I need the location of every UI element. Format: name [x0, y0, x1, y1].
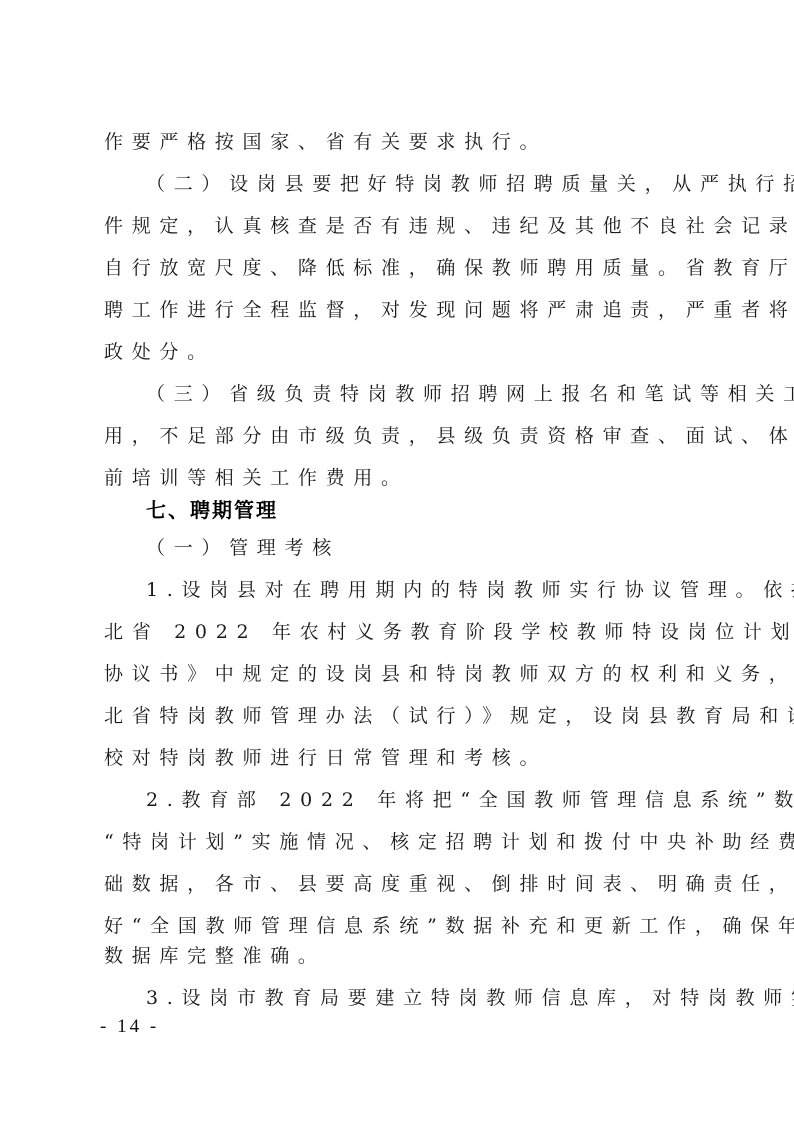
subsection-heading: （一）管理考核 [146, 530, 746, 566]
paragraph-line: （三）省级负责特岗教师招聘网上报名和笔试等相关工作费 [146, 376, 746, 412]
paragraph-line: 协议书》中规定的设岗县和特岗教师双方的权利和义务，按照《河 [104, 656, 704, 692]
paragraph-line: 聘工作进行全程监督，对发现问题将严肃追责，严重者将给予行 [104, 292, 704, 328]
paragraph-line: 北省 2022 年农村义务教育阶段学校教师特设岗位计划教师聘用 [104, 614, 704, 650]
paragraph-line: 3.设岗市教育局要建立特岗教师信息库，对特岗教师实行聘 [146, 980, 746, 1016]
paragraph-line: 用，不足部分由市级负责，县级负责资格审查、面试、体检和岗 [104, 418, 704, 454]
paragraph-line: 数据库完整准确。 [104, 938, 704, 974]
paragraph-line: 2.教育部 2022 年将把“全国教师管理信息系统”数据作为 [146, 782, 746, 818]
paragraph-line: 础数据，各市、县要高度重视、倒排时间表、明确责任，扎实做 [104, 866, 704, 902]
section-heading: 七、聘期管理 [146, 492, 746, 528]
paragraph-line: 前培训等相关工作费用。 [104, 460, 704, 496]
paragraph-line: “特岗计划”实施情况、核定招聘计划和拨付中央补助经费的基 [104, 824, 704, 860]
paragraph-line: 北省特岗教师管理办法（试行）》规定，设岗县教育局和设岗学 [104, 698, 704, 734]
document-page: 作要严格按国家、省有关要求执行。 （二）设岗县要把好特岗教师招聘质量关，从严执行… [0, 0, 794, 1123]
paragraph-line: 自行放宽尺度、降低标准，确保教师聘用质量。省教育厅将对招 [104, 250, 704, 286]
paragraph-line: 校对特岗教师进行日常管理和考核。 [104, 740, 704, 776]
paragraph-line: 作要严格按国家、省有关要求执行。 [104, 124, 704, 160]
paragraph-line: 政处分。 [104, 334, 704, 370]
paragraph-line: （二）设岗县要把好特岗教师招聘质量关，从严执行招聘条 [146, 166, 746, 202]
paragraph-line: 件规定，认真核查是否有违规、违纪及其他不良社会记录，不得 [104, 208, 704, 244]
paragraph-line: 1.设岗县对在聘用期内的特岗教师实行协议管理。依据《河 [146, 572, 746, 608]
page-number: - 14 - [100, 1016, 159, 1038]
